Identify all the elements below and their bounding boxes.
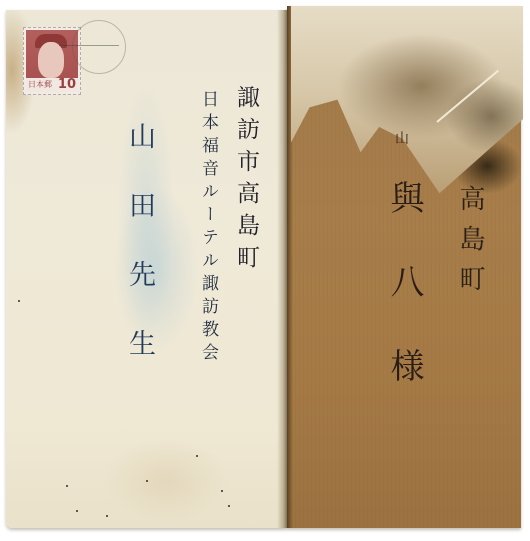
address-line-1: 諏訪市高島町 <box>230 85 263 277</box>
postmark-icon <box>72 20 126 74</box>
address-right: 高島町 <box>452 185 489 305</box>
envelope-edge-shadow <box>277 10 287 528</box>
flap-text: 山 <box>395 128 409 148</box>
torn-envelope-flap <box>291 6 523 201</box>
stamp-country-text: 日本郵便 <box>28 78 58 92</box>
envelopes-photo: 日本郵便 10 諏訪市高島町 日本福音ルーテル諏訪教会 山田先生 山 高島町 與… <box>0 0 530 541</box>
postage-stamp: 日本郵便 10 <box>23 27 81 95</box>
bodhisattva-face-icon <box>38 42 64 78</box>
stamp-value: 10 <box>58 78 76 92</box>
recipient-name-left: 山田先生 <box>120 122 159 398</box>
address-line-2: 日本福音ルーテル諏訪教会 <box>196 90 221 366</box>
recipient-name-right: 與八様 <box>380 180 429 432</box>
